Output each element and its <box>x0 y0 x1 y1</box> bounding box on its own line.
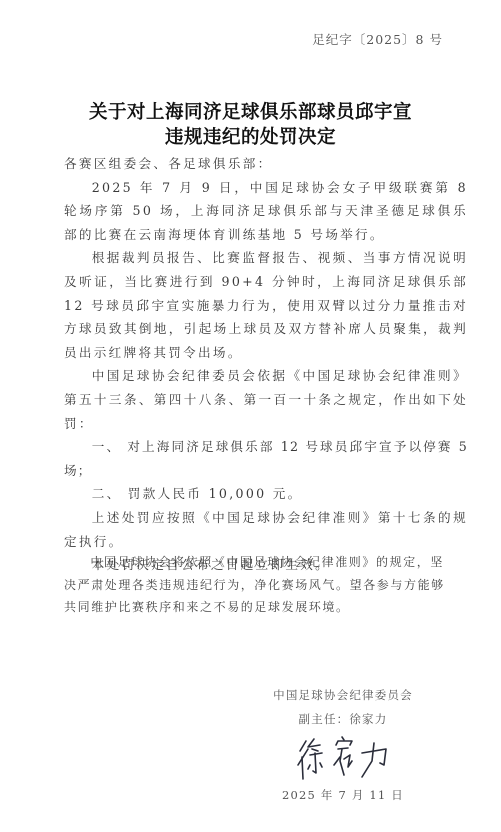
salutation: 各赛区组委会、各足球俱乐部： <box>64 152 468 176</box>
signatory-role: 副主任：徐家力 <box>268 709 418 729</box>
penalty-item-fine: 二、 罚款人民币 10,000 元。 <box>64 482 468 506</box>
title-line-2: 违规违纪的处罚决定 <box>0 125 501 150</box>
paragraph-basis: 中国足球协会纪律委员会依据《中国足球协会纪律准则》第五十三条、第四十八条、第一百… <box>64 364 468 435</box>
document-title: 关于对上海同济足球俱乐部球员邱宇宣 违规违纪的处罚决定 <box>0 100 501 150</box>
signing-organization: 中国足球协会纪律委员会 <box>268 685 418 705</box>
closing-statement-block: 中国足球协会将依照《中国足球协会纪律准则》的规定，坚决严肃处理各类违规违纪行为，… <box>64 551 454 619</box>
paragraph-incident: 根据裁判员报告、比赛监督报告、视频、当事方情况说明及听证，当比赛进行到 90+4… <box>64 246 468 364</box>
penalty-item-suspension: 一、 对上海同济足球俱乐部 12 号球员邱宇宣予以停赛 5 场； <box>64 435 468 482</box>
handwritten-signature-icon <box>268 731 418 785</box>
document-body: 各赛区组委会、各足球俱乐部： 2025 年 7 月 9 日，中国足球协会女子甲级… <box>64 152 468 577</box>
signature-block: 中国足球协会纪律委员会 副主任：徐家力 <box>268 685 418 805</box>
signing-date: 2025 年 7 月 11 日 <box>268 785 418 805</box>
paragraph-match-info: 2025 年 7 月 9 日，中国足球协会女子甲级联赛第 8 轮场序第 50 场… <box>64 176 468 247</box>
closing-statement: 中国足球协会将依照《中国足球协会纪律准则》的规定，坚决严肃处理各类违规违纪行为，… <box>64 551 454 619</box>
execution-note: 上述处罚应按照《中国足球协会纪律准则》第十七条的规定执行。 <box>64 506 468 553</box>
document-number: 足纪字〔2025〕8 号 <box>312 30 443 48</box>
title-line-1: 关于对上海同济足球俱乐部球员邱宇宣 <box>0 100 501 125</box>
